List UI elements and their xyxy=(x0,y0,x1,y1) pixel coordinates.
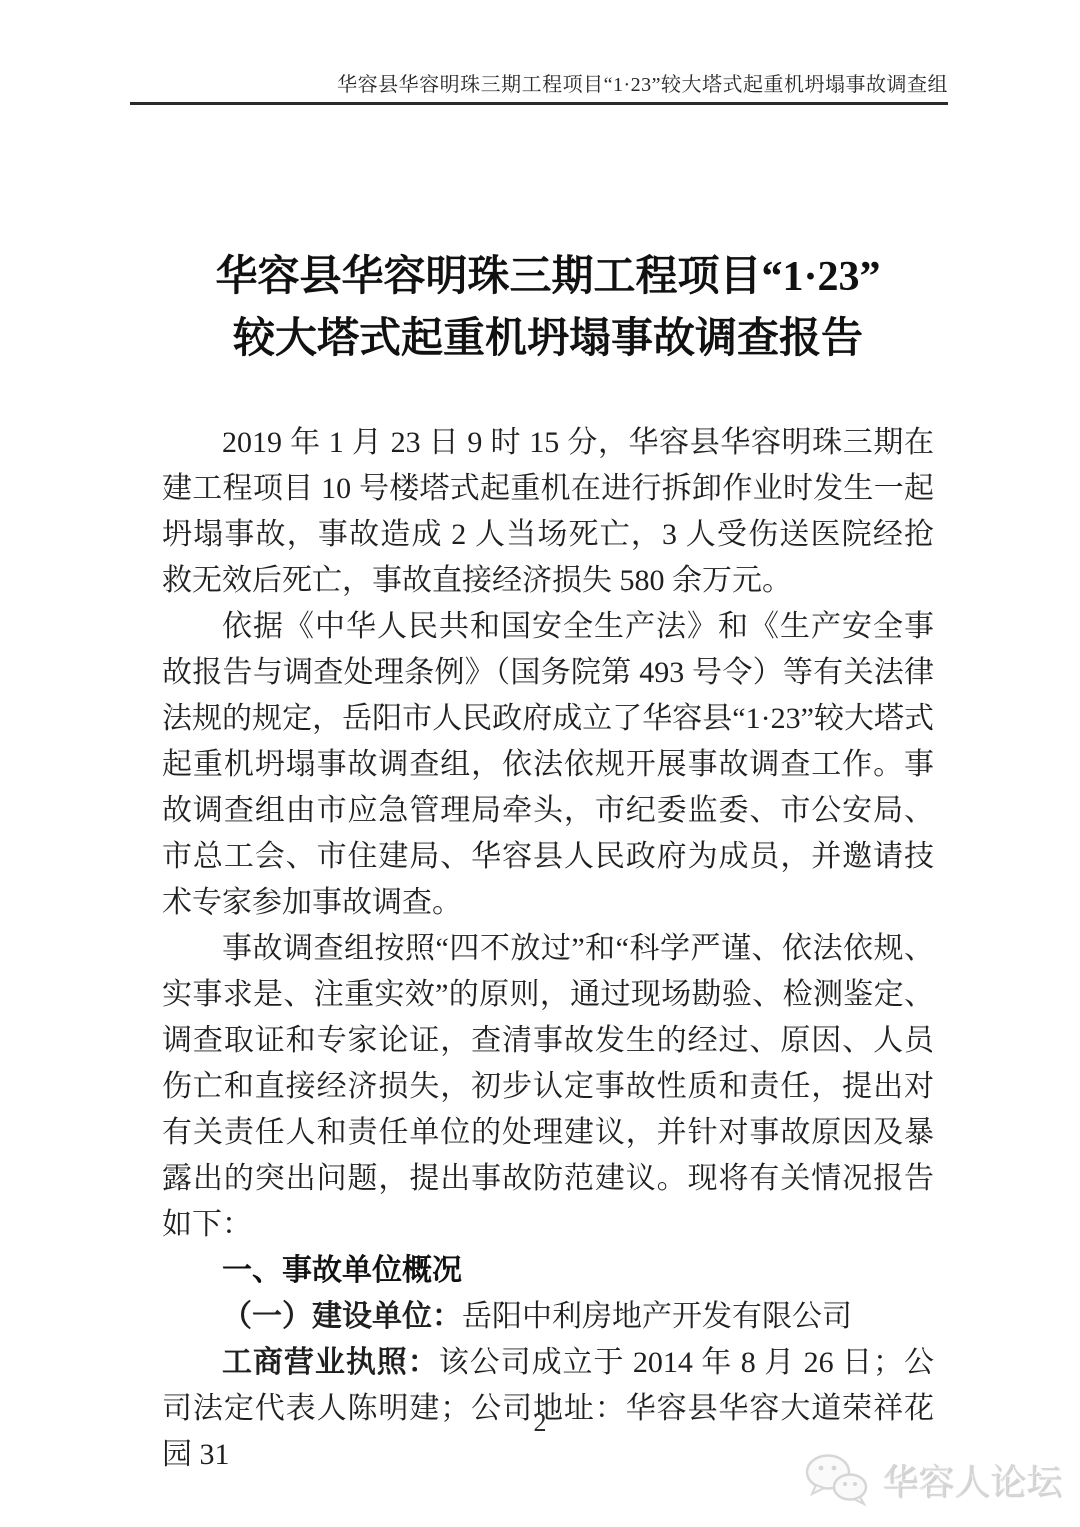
subsection-construction-unit: （一）建设单位：岳阳中利房地产开发有限公司 xyxy=(162,1294,934,1340)
watermark: 华容人论坛 xyxy=(804,1452,1062,1506)
page-header: 华容县华容明珠三期工程项目“1·23”较大塔式起重机坍塌事故调查组 xyxy=(130,68,948,105)
subsection-value: 岳阳中利房地产开发有限公司 xyxy=(462,1300,852,1333)
section-1-heading: 一、事故单位概况 xyxy=(162,1248,934,1294)
report-title: 华容县华容明珠三期工程项目“1·23” 较大塔式起重机坍塌事故调查报告 xyxy=(162,246,934,370)
report-title-line-1: 华容县华容明珠三期工程项目“1·23” xyxy=(162,246,934,308)
paragraph-legal-basis: 依据《中华人民共和国安全生产法》和《生产安全事故报告与调查处理条例》（国务院第 … xyxy=(162,604,934,926)
page-number: 2 xyxy=(0,1408,1080,1438)
running-header-text: 华容县华容明珠三期工程项目“1·23”较大塔式起重机坍塌事故调查组 xyxy=(130,68,948,97)
wechat-icon xyxy=(804,1452,870,1506)
watermark-text: 华容人论坛 xyxy=(882,1454,1062,1505)
paragraph-investigation-principles: 事故调查组按照“四不放过”和“科学严谨、依法依规、实事求是、注重实效”的原则，通… xyxy=(162,926,934,1248)
document-page: 华容县华容明珠三期工程项目“1·23”较大塔式起重机坍塌事故调查组 华容县华容明… xyxy=(0,0,1080,1527)
document-body: 华容县华容明珠三期工程项目“1·23” 较大塔式起重机坍塌事故调查报告 2019… xyxy=(162,238,934,1478)
subsection-label: （一）建设单位： xyxy=(222,1300,462,1333)
paragraph-incident-summary: 2019 年 1 月 23 日 9 时 15 分，华容县华容明珠三期在建工程项目… xyxy=(162,420,934,604)
report-title-line-2: 较大塔式起重机坍塌事故调查报告 xyxy=(162,308,934,370)
business-license-label: 工商营业执照： xyxy=(222,1346,439,1379)
